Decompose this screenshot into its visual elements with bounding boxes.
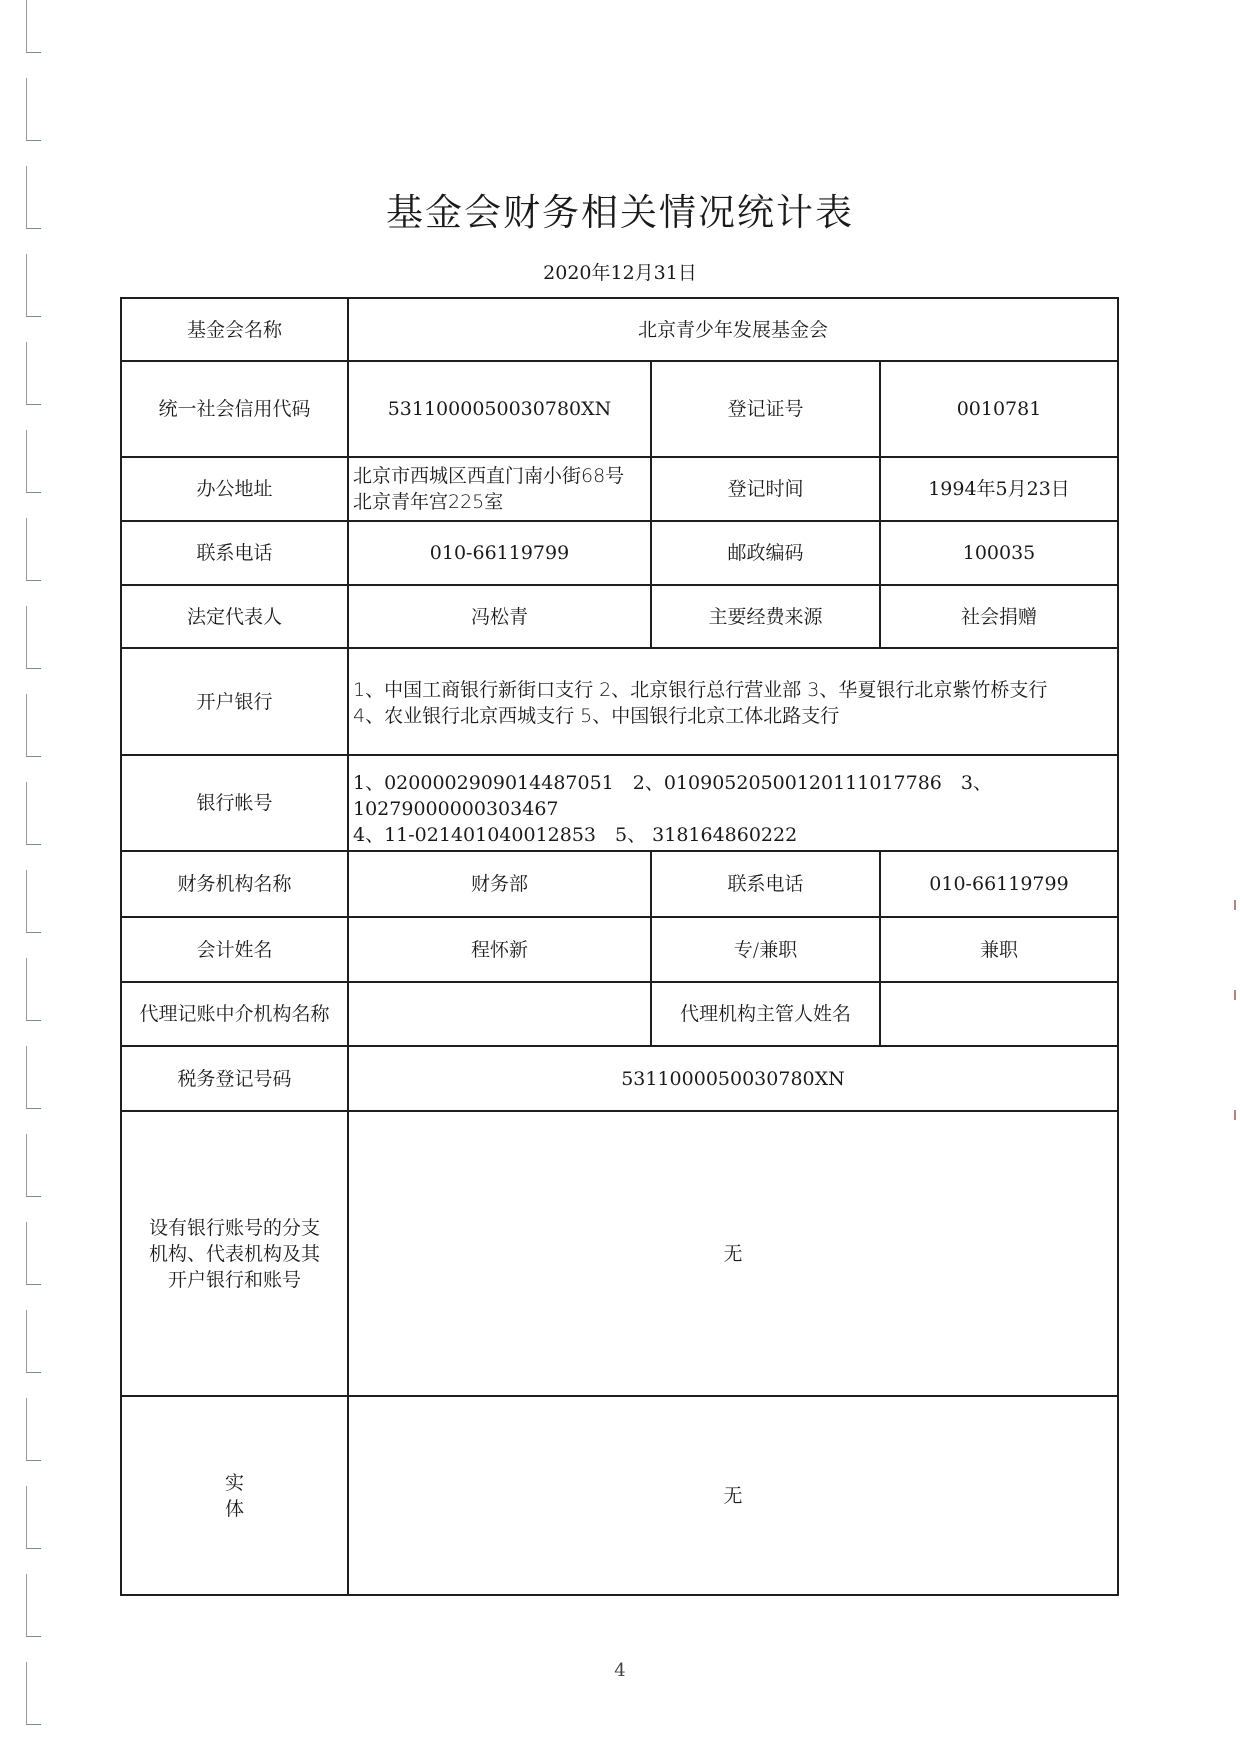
funding-source-label: 主要经费来源 xyxy=(651,585,880,648)
entity-label-line2: 体 xyxy=(126,1496,343,1522)
branches-value: 无 xyxy=(348,1111,1118,1396)
financial-info-table: 基金会名称 北京青少年发展基金会 统一社会信用代码 53110000500307… xyxy=(120,297,1119,1596)
office-address-value: 北京市西城区西直门南小街68号 北京青年宫225室 xyxy=(348,457,651,521)
branches-label: 设有银行账号的分支 机构、代表机构及其 开户银行和账号 xyxy=(121,1111,348,1396)
entity-value: 无 xyxy=(348,1396,1118,1595)
office-address-line2: 北京青年宫225室 xyxy=(353,489,646,515)
registration-no-label: 登记证号 xyxy=(651,361,880,457)
document-title: 基金会财务相关情况统计表 xyxy=(0,182,1240,236)
registration-date-value: 1994年5月23日 xyxy=(880,457,1118,521)
branches-label-line1: 设有银行账号的分支 xyxy=(126,1215,343,1241)
finance-dept-value: 财务部 xyxy=(348,851,651,917)
registration-date-label: 登记时间 xyxy=(651,457,880,521)
finance-phone-value: 010-66119799 xyxy=(880,851,1118,917)
phone-label: 联系电话 xyxy=(121,521,348,585)
agency-manager-value xyxy=(880,982,1118,1046)
accounts-line1: 1、0200002909014487051 2、0109052050012011… xyxy=(353,770,1113,822)
accountant-value: 程怀新 xyxy=(348,917,651,982)
table-row: 开户银行 1、中国工商银行新街口支行 2、北京银行总行营业部 3、华夏银行北京紫… xyxy=(121,648,1118,755)
agency-name-label: 代理记账中介机构名称 xyxy=(121,982,348,1046)
tax-no-label: 税务登记号码 xyxy=(121,1046,348,1111)
registration-no-value: 0010781 xyxy=(880,361,1118,457)
table-row: 设有银行账号的分支 机构、代表机构及其 开户银行和账号 无 xyxy=(121,1111,1118,1396)
accounts-value: 1、0200002909014487051 2、0109052050012011… xyxy=(348,755,1118,851)
postal-code-value: 100035 xyxy=(880,521,1118,585)
legal-rep-label: 法定代表人 xyxy=(121,585,348,648)
table-row: 法定代表人 冯松青 主要经费来源 社会捐赠 xyxy=(121,585,1118,648)
credit-code-value: 5311000050030780XN xyxy=(348,361,651,457)
table-row: 基金会名称 北京青少年发展基金会 xyxy=(121,298,1118,361)
table-row: 实 体 无 xyxy=(121,1396,1118,1595)
funding-source-value: 社会捐赠 xyxy=(880,585,1118,648)
legal-rep-value: 冯松青 xyxy=(348,585,651,648)
banks-value: 1、中国工商银行新街口支行 2、北京银行总行营业部 3、华夏银行北京紫竹桥支行 … xyxy=(348,648,1118,755)
office-address-label: 办公地址 xyxy=(121,457,348,521)
table-row: 税务登记号码 5311000050030780XN xyxy=(121,1046,1118,1111)
table-row: 代理记账中介机构名称 代理机构主管人姓名 xyxy=(121,982,1118,1046)
banks-label: 开户银行 xyxy=(121,648,348,755)
office-address-line1: 北京市西城区西直门南小街68号 xyxy=(353,463,646,489)
postal-code-label: 邮政编码 xyxy=(651,521,880,585)
finance-phone-label: 联系电话 xyxy=(651,851,880,917)
accounts-label: 银行帐号 xyxy=(121,755,348,851)
entity-label-line1: 实 xyxy=(126,1470,343,1496)
credit-code-label: 统一社会信用代码 xyxy=(121,361,348,457)
employment-type-value: 兼职 xyxy=(880,917,1118,982)
agency-name-value xyxy=(348,982,651,1046)
table-row: 办公地址 北京市西城区西直门南小街68号 北京青年宫225室 登记时间 1994… xyxy=(121,457,1118,521)
accountant-label: 会计姓名 xyxy=(121,917,348,982)
foundation-name-value: 北京青少年发展基金会 xyxy=(348,298,1118,361)
tax-no-value: 5311000050030780XN xyxy=(348,1046,1118,1111)
page-number: 4 xyxy=(0,1660,1240,1681)
table-row: 会计姓名 程怀新 专/兼职 兼职 xyxy=(121,917,1118,982)
table-row: 银行帐号 1、0200002909014487051 2、01090520500… xyxy=(121,755,1118,851)
scan-edge-marks xyxy=(1232,880,1238,1180)
finance-dept-label: 财务机构名称 xyxy=(121,851,348,917)
banks-line2: 4、农业银行北京西城支行 5、中国银行北京工体北路支行 xyxy=(353,703,1113,729)
banks-line1: 1、中国工商银行新街口支行 2、北京银行总行营业部 3、华夏银行北京紫竹桥支行 xyxy=(353,677,1113,703)
branches-label-line3: 开户银行和账号 xyxy=(126,1267,343,1293)
employment-type-label: 专/兼职 xyxy=(651,917,880,982)
phone-value: 010-66119799 xyxy=(348,521,651,585)
entity-label: 实 体 xyxy=(121,1396,348,1595)
table-row: 财务机构名称 财务部 联系电话 010-66119799 xyxy=(121,851,1118,917)
report-date: 2020年12月31日 xyxy=(0,258,1240,285)
branches-label-line2: 机构、代表机构及其 xyxy=(126,1241,343,1267)
accounts-line2: 4、11-021401040012853 5、 318164860222 xyxy=(353,822,1113,848)
agency-manager-label: 代理机构主管人姓名 xyxy=(651,982,880,1046)
table-row: 联系电话 010-66119799 邮政编码 100035 xyxy=(121,521,1118,585)
table-row: 统一社会信用代码 5311000050030780XN 登记证号 0010781 xyxy=(121,361,1118,457)
foundation-name-label: 基金会名称 xyxy=(121,298,348,361)
